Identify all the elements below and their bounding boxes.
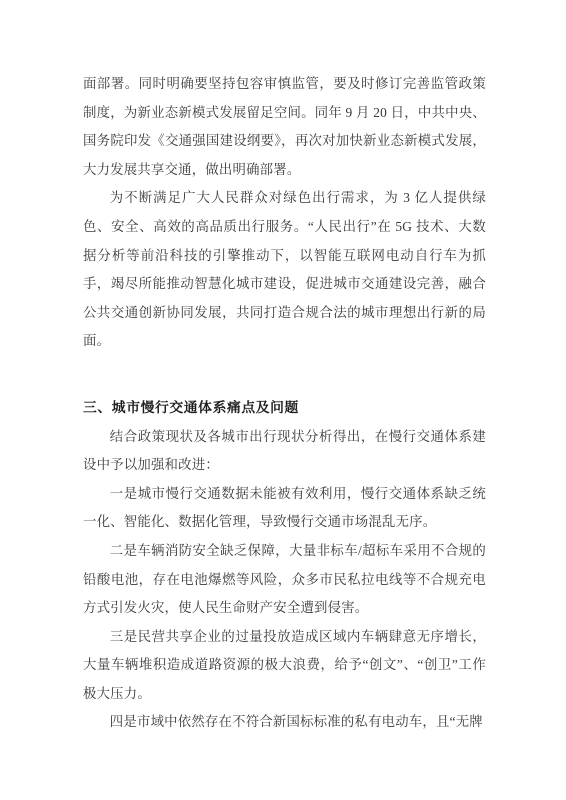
paragraph-issue-two: 二是车辆消防安全缺乏保障，大量非标车/超标车采用不合规的铅酸电池，存在电池爆燃等… — [83, 537, 486, 623]
paragraph-policy-deployment: 面部署。同时明确要坚持包容审慎监管，要及时修订完善监管政策制度，为新业态新模式发… — [83, 70, 486, 184]
paragraph-issue-three: 三是民营共享企业的过量投放造成区域内车辆肆意无序增长，大量车辆堆积造成道路资源的… — [83, 623, 486, 709]
paragraph-issue-one: 一是城市慢行交通数据未能被有效利用，慢行交通体系缺乏统一化、智能化、数据化管理，… — [83, 480, 486, 537]
section-heading-pain-points: 三、城市慢行交通体系痛点及问题 — [83, 394, 486, 423]
paragraph-issue-four-truncated: 四是市域中依然存在不符合新国标标准的私有电动车，且“无牌 — [83, 708, 486, 737]
document-text-block: 面部署。同时明确要坚持包容审慎监管，要及时修订完善监管政策制度，为新业态新模式发… — [83, 70, 486, 737]
paragraph-people-mobility: 为不断满足广大人民群众对绿色出行需求，为 3 亿人提供绿色、安全、高效的高品质出… — [83, 184, 486, 356]
document-page: 面部署。同时明确要坚持包容审慎监管，要及时修订完善监管政策制度，为新业态新模式发… — [0, 0, 566, 800]
paragraph-analysis-intro: 结合政策现状及各城市出行现状分析得出，在慢行交通体系建设中予以加强和改进： — [83, 423, 486, 480]
